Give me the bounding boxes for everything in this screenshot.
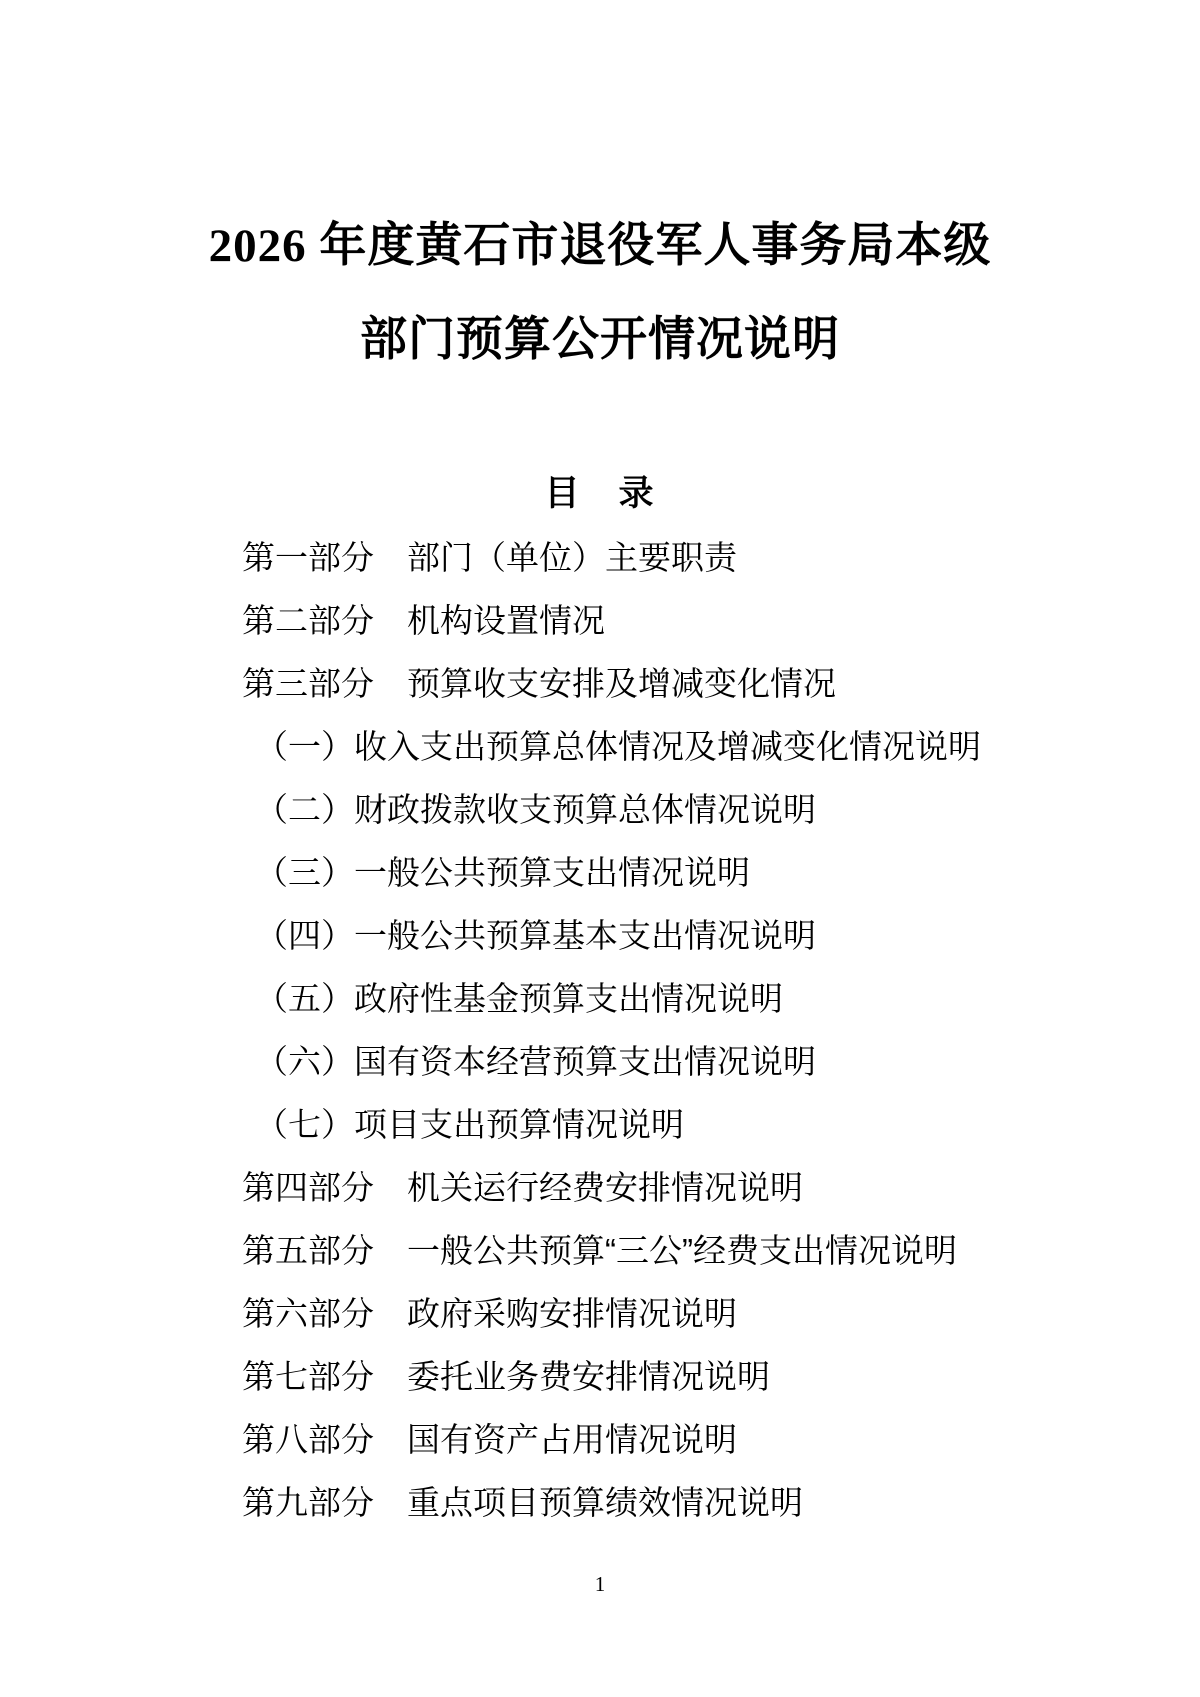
- toc-list: 第一部分 部门（单位）主要职责第二部分 机构设置情况第三部分 预算收支安排及增减…: [242, 524, 1140, 1532]
- toc-item: （五）政府性基金预算支出情况说明: [242, 965, 1140, 1028]
- toc-item: 第六部分 政府采购安排情况说明: [242, 1280, 1140, 1343]
- toc-item: 第五部分 一般公共预算“三公”经费支出情况说明: [242, 1217, 1140, 1280]
- toc-item: （六）国有资本经营预算支出情况说明: [242, 1028, 1140, 1091]
- toc-item: （一）收入支出预算总体情况及增减变化情况说明: [242, 713, 1140, 776]
- toc-item: 第一部分 部门（单位）主要职责: [242, 524, 1140, 587]
- toc-item: 第九部分 重点项目预算绩效情况说明: [242, 1469, 1140, 1532]
- document-page: 2026 年度黄石市退役军人事务局本级 部门预算公开情况说明 目 录 第一部分 …: [0, 0, 1200, 1697]
- document-title-line1: 2026 年度黄石市退役军人事务局本级: [0, 219, 1200, 273]
- page-number: 1: [0, 1572, 1200, 1597]
- toc-item: （二）财政拨款收支预算总体情况说明: [242, 776, 1140, 839]
- toc-item: （七）项目支出预算情况说明: [242, 1091, 1140, 1154]
- toc-item: （三）一般公共预算支出情况说明: [242, 839, 1140, 902]
- toc-item: （四）一般公共预算基本支出情况说明: [242, 902, 1140, 965]
- toc-item: 第八部分 国有资产占用情况说明: [242, 1406, 1140, 1469]
- toc-item: 第四部分 机关运行经费安排情况说明: [242, 1154, 1140, 1217]
- document-title-line2: 部门预算公开情况说明: [0, 313, 1200, 367]
- toc-item: 第二部分 机构设置情况: [242, 587, 1140, 650]
- toc-item: 第三部分 预算收支安排及增减变化情况: [242, 650, 1140, 713]
- toc-heading: 目 录: [0, 466, 1200, 516]
- toc-item: 第七部分 委托业务费安排情况说明: [242, 1343, 1140, 1406]
